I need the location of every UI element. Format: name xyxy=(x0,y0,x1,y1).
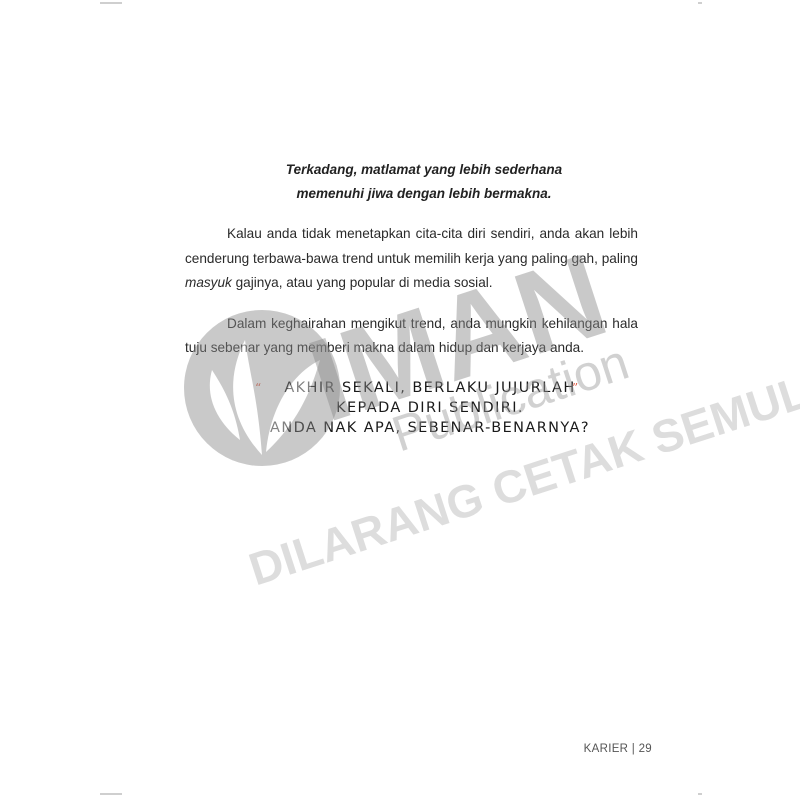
page-number: 29 xyxy=(639,743,652,755)
crop-mark-top-left xyxy=(100,2,122,4)
crop-mark-bottom-left xyxy=(100,793,122,795)
paragraph-2: Dalam keghairahan mengikut trend, anda m… xyxy=(185,312,638,361)
paragraph-1-text-end: gajinya, atau yang popular di media sosi… xyxy=(232,275,493,290)
crop-mark-top-right xyxy=(698,2,702,4)
footer-section: KARIER xyxy=(584,743,629,755)
close-quote-icon: ” xyxy=(572,378,580,398)
crop-mark-bottom-right xyxy=(698,793,702,795)
page-body: Terkadang, matlamat yang lebih sederhana… xyxy=(215,158,638,361)
open-quote-icon: “ xyxy=(255,378,263,398)
paragraph-1: Kalau anda tidak menetapkan cita-cita di… xyxy=(185,222,638,296)
callout-text: Terkadang, matlamat yang lebih sederhana… xyxy=(210,158,638,206)
paragraph-2-text: Dalam keghairahan mengikut trend, anda m… xyxy=(185,316,638,356)
quote-line-3: ANDA NAK APA, SEBENAR-BENARNYA? xyxy=(240,418,620,438)
callout-line-1: Terkadang, matlamat yang lebih sederhana xyxy=(210,158,638,182)
page-footer: KARIER | 29 xyxy=(584,743,652,755)
paragraph-1-emphasis: masyuk xyxy=(185,275,232,290)
paragraph-1-text: Kalau anda tidak menetapkan cita-cita di… xyxy=(185,226,638,266)
callout-line-2: memenuhi jiwa dengan lebih bermakna. xyxy=(210,182,638,206)
footer-separator: | xyxy=(632,743,635,755)
quote-line-2: KEPADA DIRI SENDIRI. xyxy=(240,398,620,418)
quote-line-1: AKHIR SEKALI, BERLAKU JUJURLAH xyxy=(240,378,620,398)
pull-quote: “ ” AKHIR SEKALI, BERLAKU JUJURLAH KEPAD… xyxy=(240,378,620,438)
